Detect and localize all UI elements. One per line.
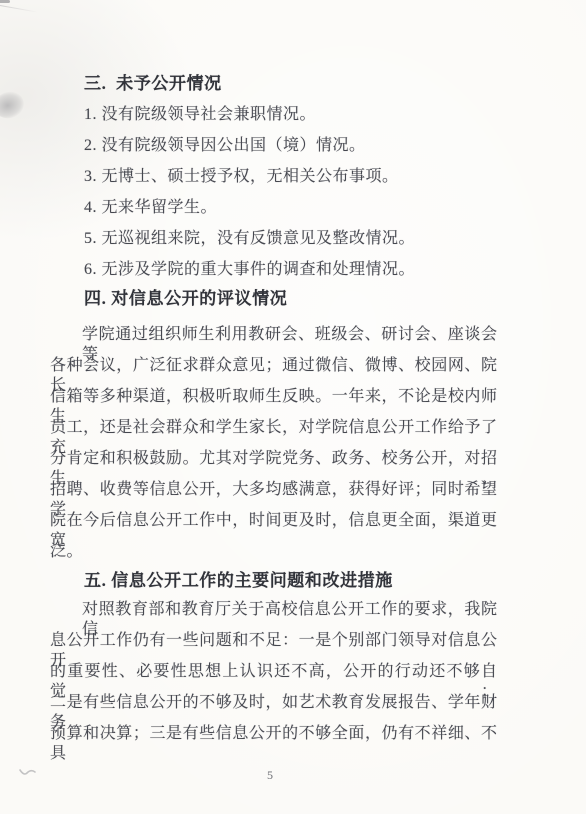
scan-smudge-artifact xyxy=(0,88,27,122)
list-item: 2. 没有院级领导因公出国（境）情况。 xyxy=(84,136,544,156)
paragraph-line: 泛。 xyxy=(50,542,497,562)
section-heading-review: 四. 对信息公开的评议情况 xyxy=(84,288,287,309)
list-item: 6. 无涉及学院的重大事件的调查和处理情况。 xyxy=(84,260,544,280)
section-heading-problems: 五. 信息公开工作的主要问题和改进措施 xyxy=(84,570,393,591)
scan-corner-mark-artifact xyxy=(0,0,10,3)
list-item: 1. 没有院级领导社会兼职情况。 xyxy=(84,105,544,125)
scan-crease-artifact xyxy=(0,4,38,12)
scanned-document-page: 三. 未予公开情况 1. 没有院级领导社会兼职情况。 2. 没有院级领导因公出国… xyxy=(0,0,586,814)
list-item: 3. 无博士、硕士授予权，无相关公布事项。 xyxy=(84,167,544,187)
list-item: 4. 无来华留学生。 xyxy=(84,198,544,218)
section-heading-not-disclosed: 三. 未予公开情况 xyxy=(84,73,222,94)
page-number: 5 xyxy=(0,768,540,783)
paragraph-line: 预算和决算；三是有些信息公开的不够全面，仍有不祥细、不具 xyxy=(50,724,497,764)
list-item: 5. 无巡视组来院，没有反馈意见及整改情况。 xyxy=(84,229,544,249)
